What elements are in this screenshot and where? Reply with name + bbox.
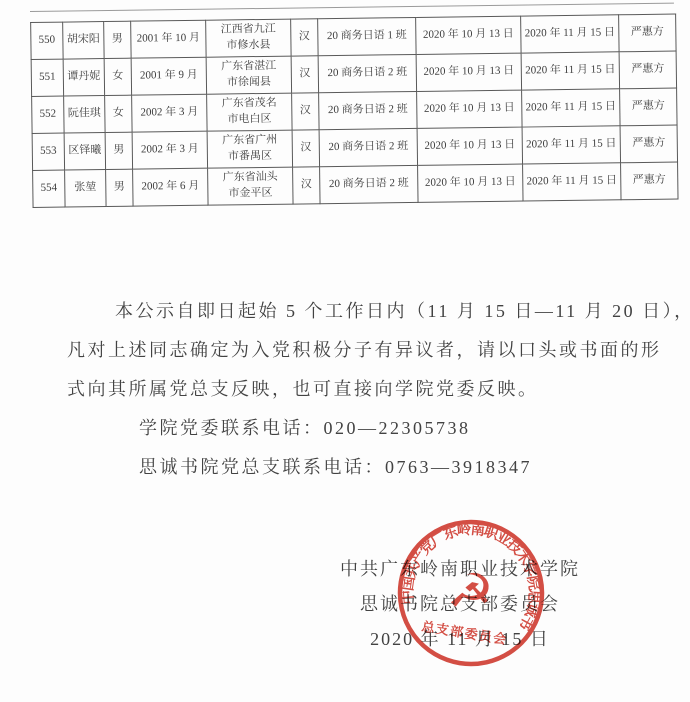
hometown-cell: 江西省九江 市修水县 [206,19,291,57]
table-row: 554 张堃 男 2002 年 6 月 广东省汕头 市金平区 汉 20 商务日语… [33,162,678,207]
birth-cell: 2002 年 3 月 [132,94,207,132]
class-cell: 20 商务日语 1 班 [318,17,416,55]
hometown-cell: 广东省广州 市番禺区 [207,130,292,168]
class-cell: 20 商务日语 2 班 [320,165,418,203]
notice-line-1: 本公示自即日起始 5 个工作日内（11 月 15 日—11 月 20 日）， [67,292,667,331]
publicity-date-cell: 2020 年 11 月 15 日 [522,126,620,164]
class-cell: 20 商务日语 2 班 [318,54,416,92]
publicity-date-cell: 2020 年 11 月 15 日 [522,89,620,127]
student-roster-table: 550 胡宋阳 男 2001 年 10 月 江西省九江 市修水县 汉 20 商务… [30,14,678,208]
party-emblem-icon: ☭ [444,560,497,624]
notice-line-2: 凡对上述同志确定为入党积极分子有异议者，请以口头或书面的形 [67,331,667,370]
name-cell: 胡宋阳 [63,22,104,60]
gender-cell: 女 [105,95,132,132]
seq-cell: 552 [32,96,64,133]
ethnicity-cell: 汉 [291,56,318,93]
hometown-cell: 广东省湛江 市徐闻县 [206,56,291,94]
official-seal: 中国共产党广东岭南职业技术学院思诚书院 ☭ 总支部委员会 [383,505,559,681]
confirm-date-cell: 2020 年 10 月 13 日 [417,127,522,165]
ethnicity-cell: 汉 [293,167,320,204]
hometown-cell: 广东省汕头 市金平区 [208,167,293,205]
official-seal-graphic: 中国共产党广东岭南职业技术学院思诚书院 ☭ 总支部委员会 [383,505,559,681]
gender-cell: 男 [106,169,133,206]
cultivator-cell: 严惠方 [620,125,677,163]
class-cell: 20 商务日语 2 班 [319,91,417,129]
birth-cell: 2001 年 10 月 [131,20,206,58]
gender-cell: 女 [104,58,131,95]
name-cell: 谭丹妮 [63,59,104,97]
cropped-row-border-line [30,3,674,12]
publicity-date-cell: 2020 年 11 月 15 日 [523,163,621,201]
college-committee-phone-line: 学院党委联系电话：020—22305738 [67,409,667,448]
seal-bottom-text: 总支部委员会 [421,619,509,647]
name-cell: 张堃 [65,170,106,208]
ethnicity-cell: 汉 [292,130,319,167]
document-page: 550 胡宋阳 男 2001 年 10 月 江西省九江 市修水县 汉 20 商务… [0,0,690,702]
roster-table-block: 550 胡宋阳 男 2001 年 10 月 江西省九江 市修水县 汉 20 商务… [30,3,679,208]
seq-cell: 553 [32,133,64,170]
name-cell: 区铎曦 [64,133,105,171]
confirm-date-cell: 2020 年 10 月 13 日 [416,53,521,91]
cultivator-cell: 严惠方 [620,88,677,126]
gender-cell: 男 [105,132,132,169]
birth-cell: 2002 年 6 月 [133,168,208,206]
name-cell: 阮佳琪 [64,96,105,134]
notice-line-3: 式向其所属党总支反映，也可直接向学院党委反映。 [67,370,667,409]
confirm-date-cell: 2020 年 10 月 13 日 [417,90,522,128]
birth-cell: 2002 年 3 月 [132,131,207,169]
notice-paragraph: 本公示自即日起始 5 个工作日内（11 月 15 日—11 月 20 日）， 凡… [67,292,667,487]
ethnicity-cell: 汉 [292,93,319,130]
cultivator-cell: 严惠方 [621,162,678,200]
seq-cell: 554 [33,170,65,207]
seq-cell: 551 [31,59,63,96]
ethnicity-cell: 汉 [291,19,318,56]
cultivator-cell: 严惠方 [619,14,676,52]
confirm-date-cell: 2020 年 10 月 13 日 [416,16,521,54]
confirm-date-cell: 2020 年 10 月 13 日 [418,164,523,202]
publicity-date-cell: 2020 年 11 月 15 日 [521,52,619,90]
hometown-cell: 广东省茂名 市电白区 [207,93,292,131]
seq-cell: 550 [31,22,63,59]
gender-cell: 男 [104,21,131,58]
birth-cell: 2001 年 9 月 [131,57,206,95]
publicity-date-cell: 2020 年 11 月 15 日 [521,15,619,53]
cultivator-cell: 严惠方 [619,51,676,89]
branch-committee-phone-line: 思诚书院党总支联系电话：0763—3918347 [67,448,667,487]
class-cell: 20 商务日语 2 班 [319,128,417,166]
